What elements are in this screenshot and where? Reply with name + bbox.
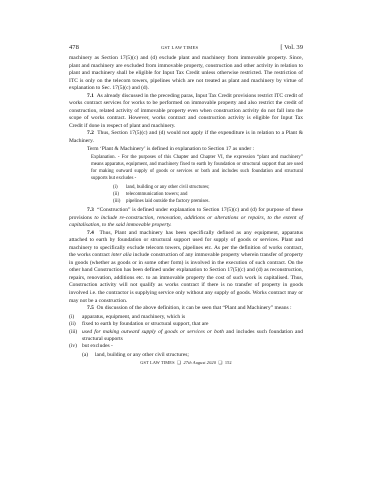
list-number: (iii) <box>69 329 82 344</box>
explanation-exclusions-list: (i)land, building or any other civil str… <box>91 184 303 205</box>
paragraph-7-2: 7.2 Thus, Section 17(5)(c) and (d) would… <box>69 130 303 145</box>
separator-icon: ❑ <box>218 360 222 365</box>
list-italic-text: used for making outward supply of goods … <box>82 329 224 335</box>
volume-label: [ Vol. 39 <box>280 44 303 52</box>
list-text: telecommunication towers; and <box>126 191 187 198</box>
list-text: apparatus, equipment, and machinery, whi… <box>82 314 185 321</box>
list-text: land, building or any other civil struct… <box>95 352 189 359</box>
page-number: 478 <box>69 44 79 52</box>
paragraph-number: 7.2 <box>87 130 94 136</box>
paragraph-text: As already discussed in the preceding pa… <box>69 93 303 129</box>
list-item: (iii)used for making outward supply of g… <box>69 329 303 344</box>
paragraph-text: On discussion of the above definition, i… <box>97 305 292 311</box>
list-text: fixed to earth by foundation or structur… <box>82 321 208 328</box>
paragraph-text: Thus, Section 17(5)(c) and (d) would not… <box>69 130 303 144</box>
list-item: (a)land, building or any other civil str… <box>82 352 303 359</box>
paragraph-text: include construction of any immovable pr… <box>69 252 303 303</box>
page-footer: GST LAW TIMES ❑ 27th August 2020 ❑ 152 <box>69 359 303 367</box>
list-text: but excludes - <box>82 343 113 350</box>
list-number: (ii) <box>113 191 126 198</box>
list-number: (iv) <box>69 343 82 350</box>
term-definition-intro: Term ‘Plant & Machinery’ is defined in e… <box>69 146 303 154</box>
list-item: (ii)fixed to earth by foundation or stru… <box>69 321 303 328</box>
list-number: (iii) <box>113 198 126 205</box>
paragraph-7-3: 7.3 “Construction” is defined under expl… <box>69 207 303 230</box>
list-item: (ii)telecommunication towers; and <box>113 191 303 198</box>
explanation-text: Explanation. - For the purposes of this … <box>91 155 303 183</box>
paragraph-italic-text: inter alia <box>111 252 131 258</box>
paragraph-number: 7.5 <box>87 305 94 311</box>
paragraph-number: 7.1 <box>87 93 94 99</box>
footer-date: 27th August 2020 <box>183 360 216 365</box>
footer-journal: GST LAW TIMES <box>140 360 174 365</box>
list-number: (a) <box>82 352 95 359</box>
list-item: (iii)pipelines laid outside the factory … <box>113 198 303 205</box>
explanation-quote: Explanation. - For the purposes of this … <box>91 155 303 205</box>
paragraph-number: 7.4 <box>87 230 94 236</box>
list-number: (i) <box>113 184 126 191</box>
list-number: (i) <box>69 314 82 321</box>
running-title: GST LAW TIMES <box>161 44 198 52</box>
footer-page-number: 152 <box>225 360 232 365</box>
list-item: (i)apparatus, equipment, and machinery, … <box>69 314 303 321</box>
list-text: land, building or any other civil struct… <box>126 184 210 191</box>
list-item: (iv)but excludes - <box>69 343 303 350</box>
separator-icon: ❑ <box>177 360 181 365</box>
list-number: (ii) <box>69 321 82 328</box>
list-item: (i)land, building or any other civil str… <box>113 184 303 191</box>
opening-paragraph: machinery as Section 17(5)(c) and (d) ex… <box>69 55 303 93</box>
plant-machinery-list: (i)apparatus, equipment, and machinery, … <box>69 314 303 351</box>
paragraph-7-1: 7.1 As already discussed in the precedin… <box>69 93 303 131</box>
page-header: 478 GST LAW TIMES [ Vol. 39 <box>69 44 303 55</box>
paragraph-number: 7.3 <box>87 207 94 213</box>
exclusions-sublist: (a)land, building or any other civil str… <box>69 352 303 359</box>
paragraph-7-5: 7.5 On discussion of the above definitio… <box>69 305 303 313</box>
paragraph-7-4: 7.4 Thus, Plant and machinery has been s… <box>69 230 303 305</box>
document-page: 478 GST LAW TIMES [ Vol. 39 machinery as… <box>69 44 303 367</box>
list-text: pipelines laid outside the factory premi… <box>126 198 210 205</box>
paragraph-italic-text: to include re-construction, renovation, … <box>69 215 303 229</box>
